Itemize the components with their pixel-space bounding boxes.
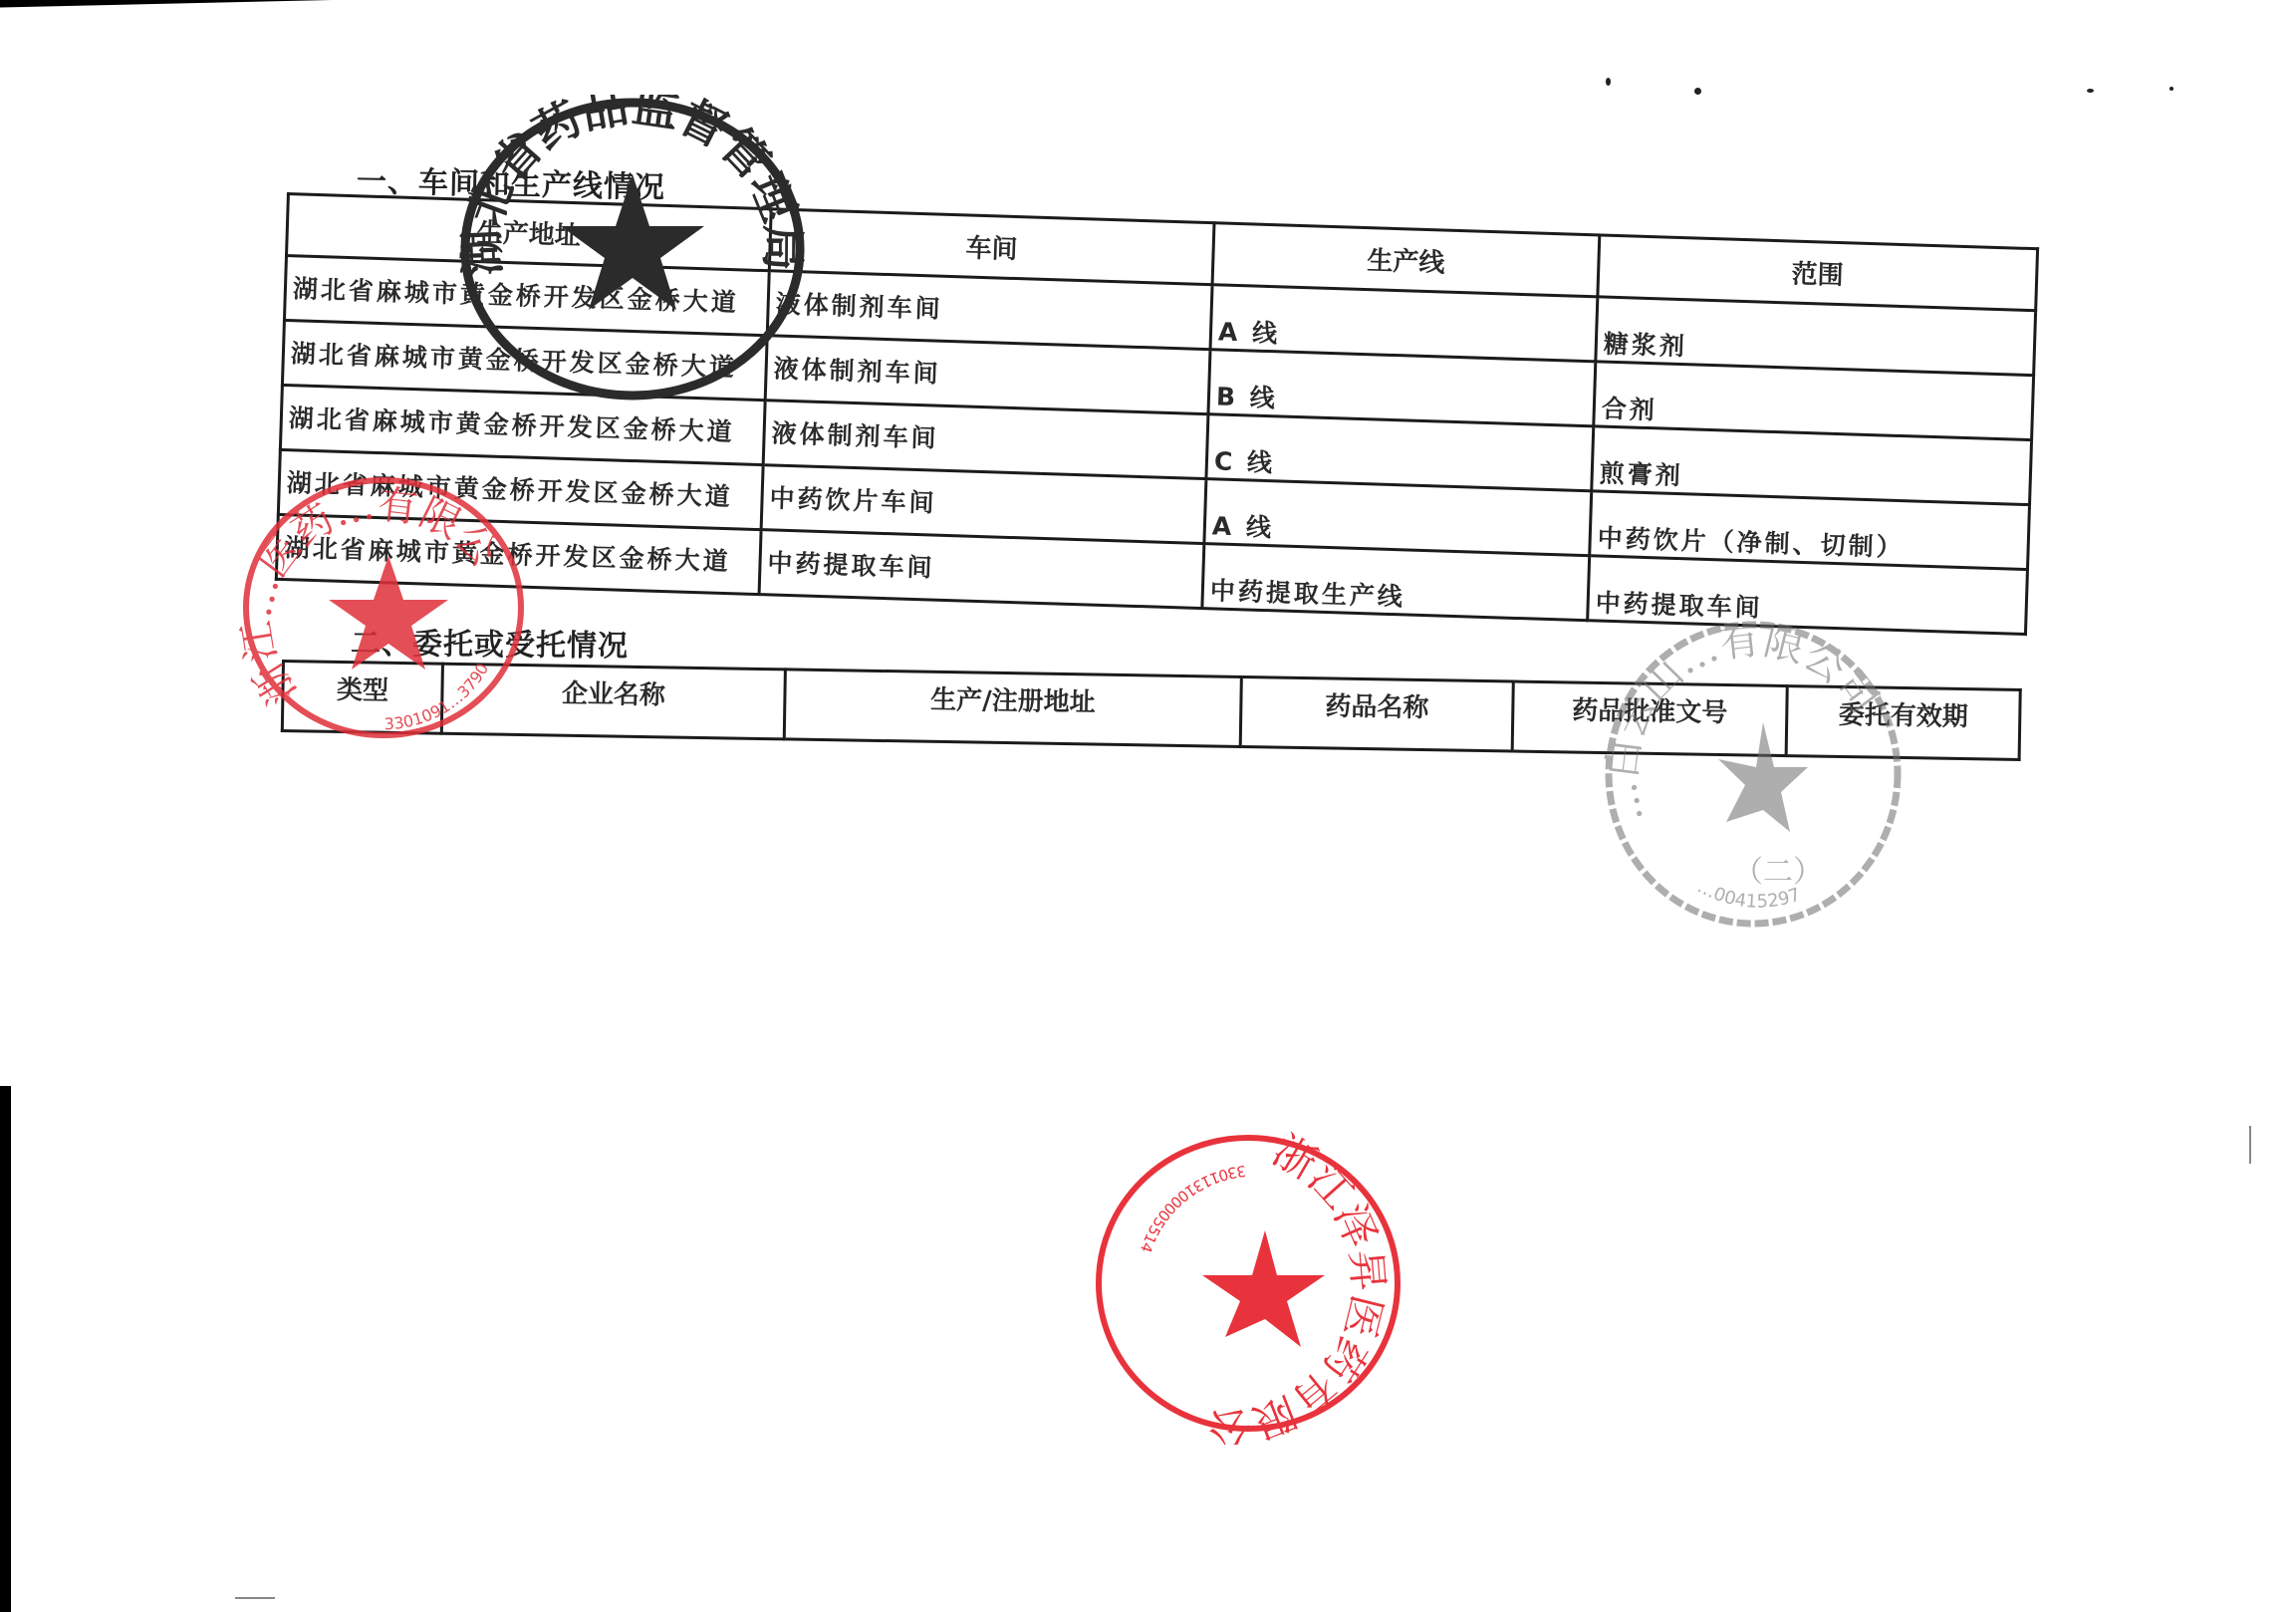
company-seal-bottom: 浙江泽昇医药有限公司 330113100005514 — [1086, 1126, 1414, 1445]
scan-speck — [2169, 87, 2173, 91]
seal-graphic: 浙江…医药…有限公司 3301091…3790 — [234, 468, 533, 747]
scan-speck — [2087, 89, 2094, 93]
company-seal-left: 浙江…医药…有限公司 3301091…3790 — [234, 468, 533, 747]
seal-graphic: 湖北省药品监督管理局 — [453, 95, 812, 403]
cell-line: C 线 — [1206, 414, 1594, 491]
cell-workshop: 中药提取车间 — [759, 530, 1204, 609]
star-icon — [1202, 1230, 1325, 1347]
cell-line: 中药提取生产线 — [1202, 544, 1590, 621]
seal-graphic: 浙江泽昇医药有限公司 330113100005514 — [1086, 1126, 1414, 1445]
star-icon — [1718, 722, 1808, 832]
cell-line: B 线 — [1208, 350, 1596, 426]
seal-graphic: …白云山…有限公司 （二） …00415297 — [1599, 618, 1908, 932]
official-seal-top: 湖北省药品监督管理局 — [453, 95, 812, 403]
scan-speck — [1694, 88, 1701, 95]
scan-mark — [2249, 1126, 2251, 1164]
cell-line: A 线 — [1204, 479, 1592, 556]
cell-line: A 线 — [1210, 285, 1598, 362]
scan-edge-artifact — [0, 0, 618, 8]
header-drug-name: 药品名称 — [1240, 676, 1513, 751]
star-icon — [329, 556, 448, 670]
svg-text:（二）: （二） — [1733, 855, 1823, 890]
header-address: 生产/注册地址 — [784, 670, 1241, 747]
company-seal-right: …白云山…有限公司 （二） …00415297 — [1599, 618, 1908, 932]
scan-mark — [235, 1597, 275, 1599]
scan-edge-artifact — [0, 1086, 11, 1612]
star-icon — [561, 174, 704, 310]
svg-text:330113100005514: 330113100005514 — [1137, 1162, 1247, 1255]
scan-speck — [1606, 78, 1611, 86]
